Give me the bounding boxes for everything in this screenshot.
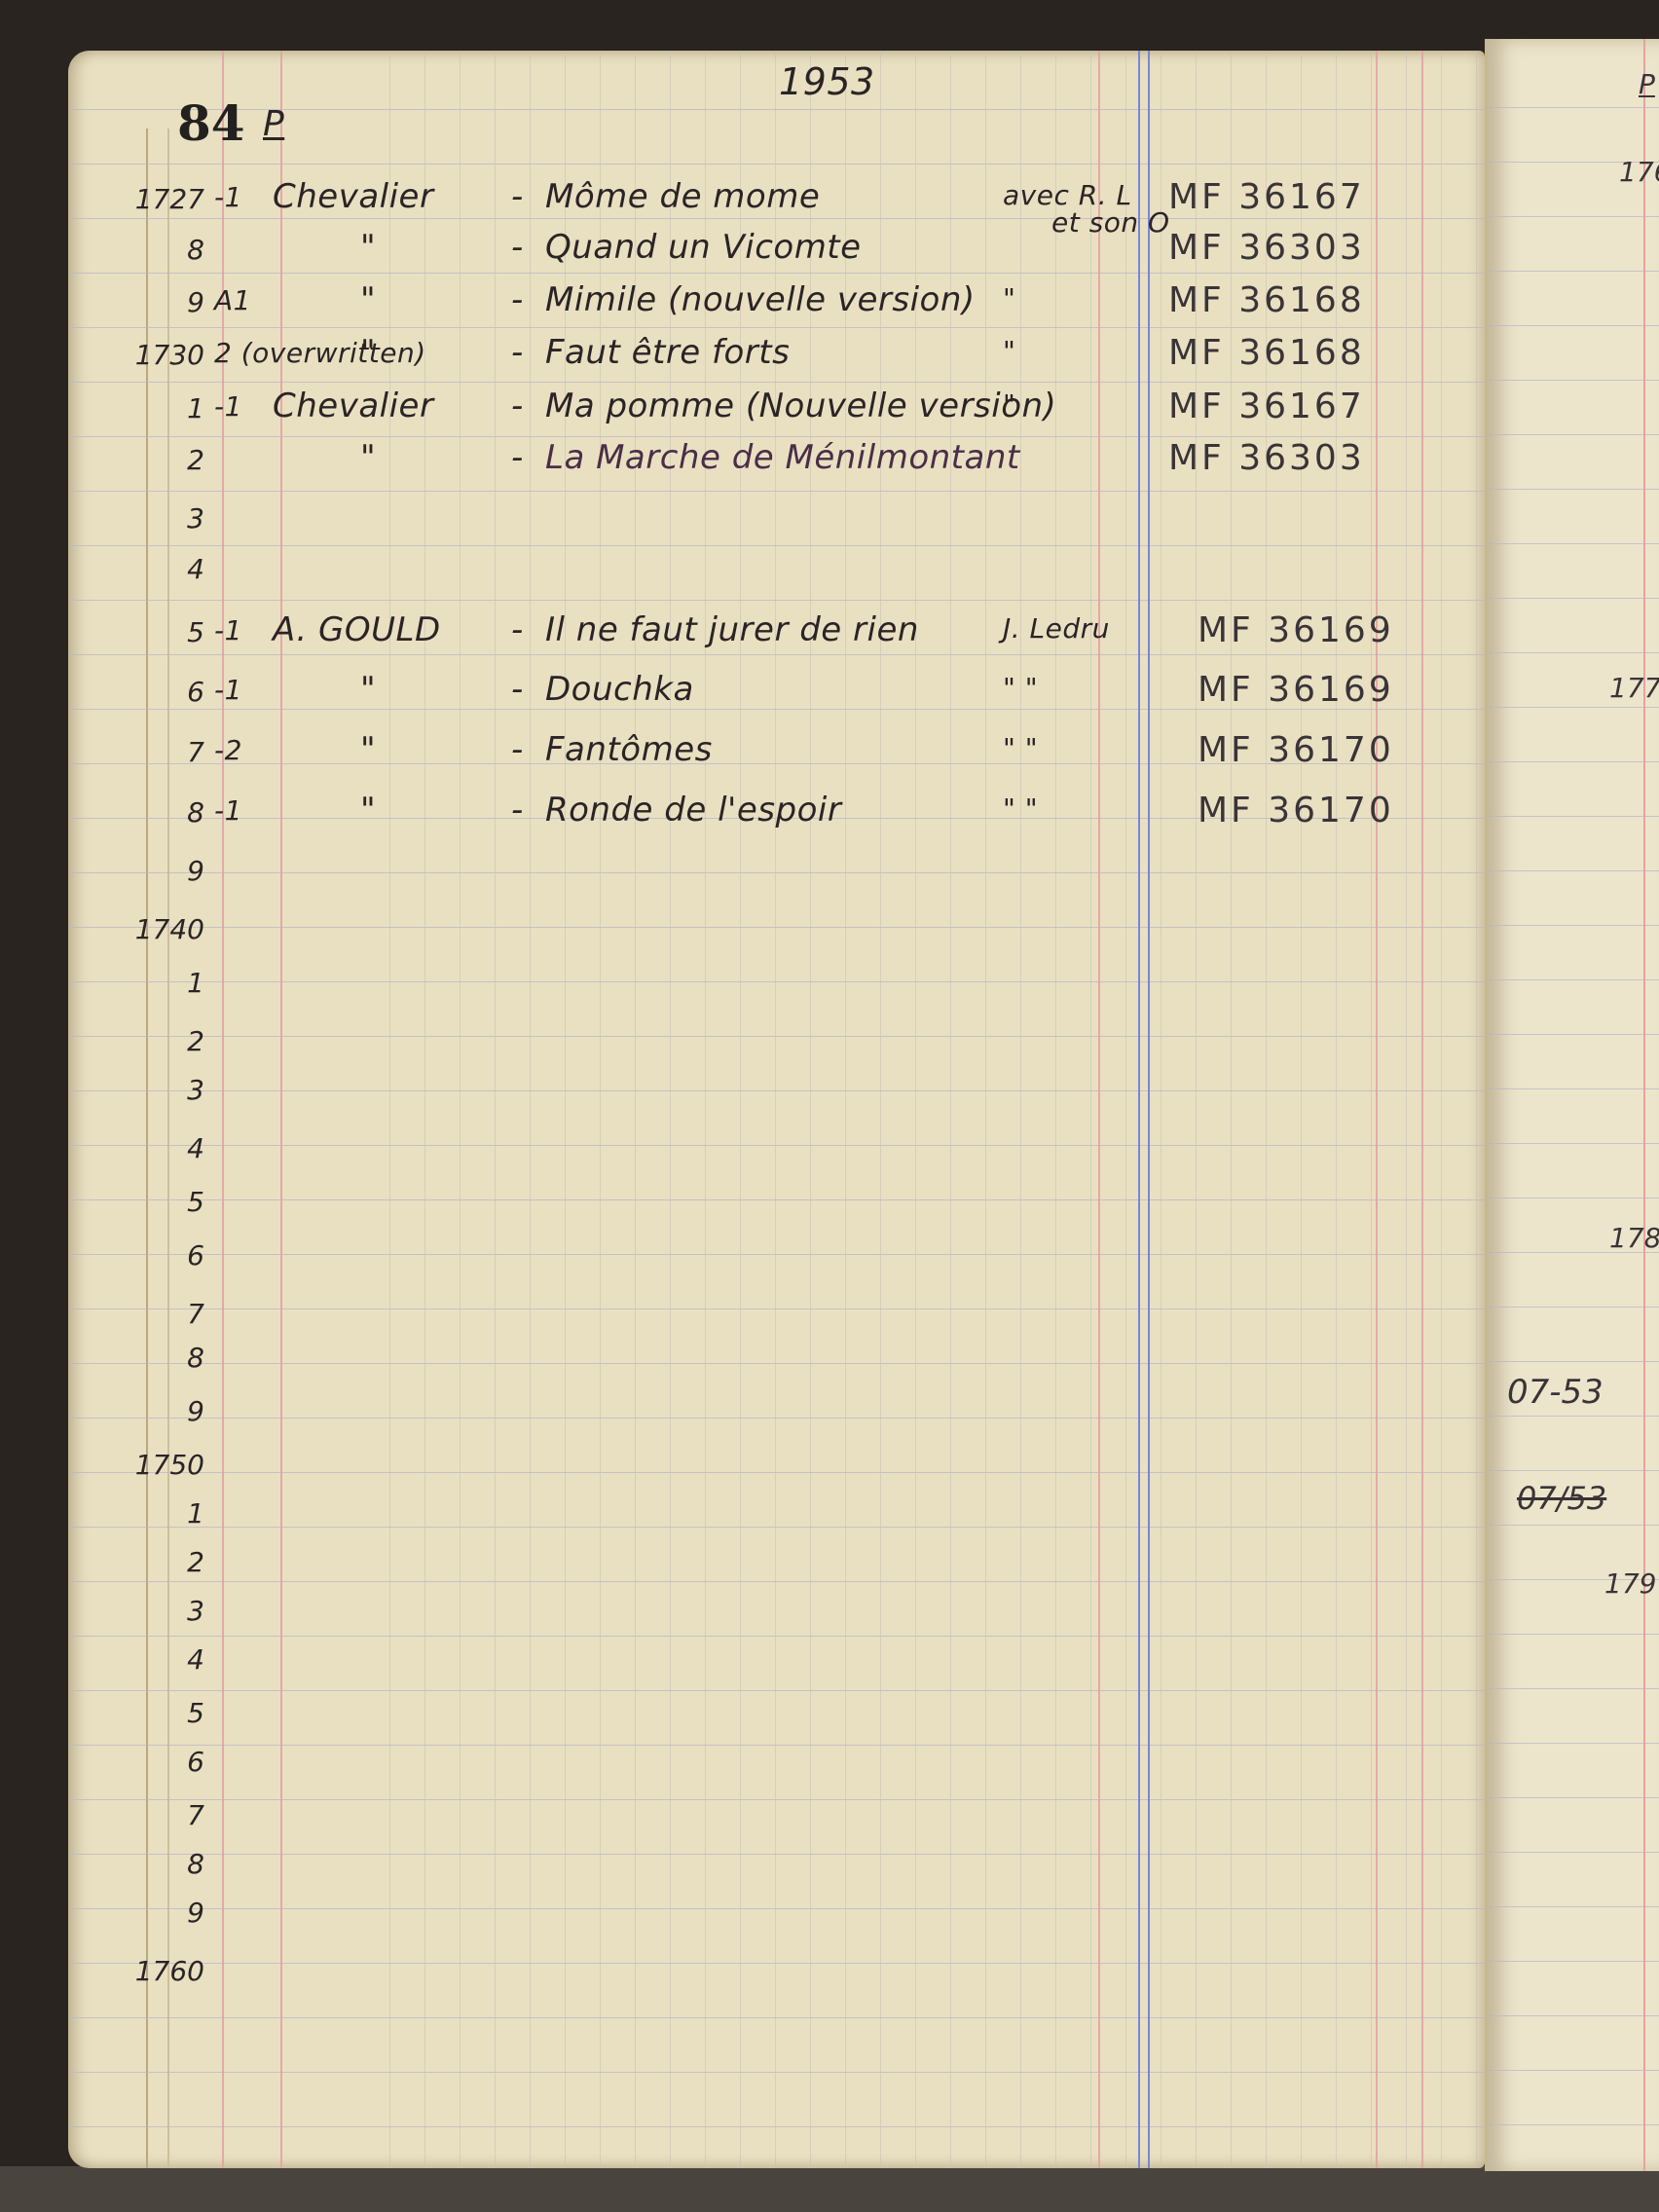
artist-name: " (360, 228, 376, 267)
ruled-line (1488, 271, 1659, 272)
right-page-margin-line (1643, 39, 1645, 2171)
catalog-reference: MF 36303 (1168, 228, 1365, 268)
ledger-right-page-edge: P 176 177 178 179 07-53 07/53 (1485, 39, 1659, 2171)
ruled-line (1488, 1034, 1659, 1035)
row-number: 1727 (68, 183, 204, 215)
red-margin-line (1421, 51, 1423, 2168)
separator-dash: - (511, 387, 524, 425)
ruled-line (1488, 1961, 1659, 1962)
grid-line (1125, 51, 1126, 2168)
row-number: 2 (68, 444, 204, 476)
row-number: 7 (68, 736, 204, 768)
ruled-line (1488, 1470, 1659, 1471)
row-number: 3 (68, 1074, 204, 1106)
take-number: A1 (214, 284, 251, 316)
grid-line (915, 51, 916, 2168)
grid-line (1441, 51, 1442, 2168)
grid-line (1055, 51, 1056, 2168)
ruled-line (1488, 543, 1659, 544)
row-number: 4 (68, 1132, 204, 1164)
song-title: Quand un Vicomte (545, 228, 862, 267)
row-number: 9 (68, 1897, 204, 1929)
ruled-line (1488, 1198, 1659, 1198)
composer-credit: " " (1003, 732, 1038, 764)
row-number: 5 (68, 1186, 204, 1218)
song-title: Douchka (545, 670, 694, 709)
row-number: 8 (68, 1342, 204, 1374)
ruled-line (1488, 1634, 1659, 1635)
artist-name: " (360, 670, 376, 709)
ruled-line (1488, 1361, 1659, 1362)
catalog-reference: MF 36170 (1198, 791, 1394, 830)
artist-name: " (360, 438, 376, 477)
row-number: 6 (68, 676, 204, 708)
ruled-line (1488, 1143, 1659, 1144)
row-number: 1 (68, 967, 204, 999)
grid-line (985, 51, 986, 2168)
ruled-line (1488, 325, 1659, 326)
grid-line (495, 51, 496, 2168)
separator-dash: - (511, 730, 524, 769)
row-number: 1 (68, 1497, 204, 1530)
ruled-line (1488, 2070, 1659, 2071)
row-number: 9 (68, 1395, 204, 1427)
ruled-line (1488, 216, 1659, 217)
ruled-line (1488, 2124, 1659, 2125)
composer-credit: " " (1003, 672, 1038, 704)
ruled-line (1488, 1088, 1659, 1089)
artist-name: " (360, 791, 376, 829)
grid-line (1161, 51, 1161, 2168)
ruled-line (1488, 107, 1659, 108)
composer-credit: " (1003, 282, 1015, 314)
right-row-label: 177 (1609, 672, 1659, 704)
grid-line (460, 51, 461, 2168)
page-mark: P (263, 104, 284, 144)
row-number: 8 (68, 234, 204, 266)
artist-name: A. GOULD (273, 610, 441, 649)
take-number: -1 (214, 614, 242, 646)
separator-dash: - (511, 228, 524, 267)
red-margin-line (1376, 51, 1378, 2168)
separator-dash: - (511, 333, 524, 372)
ruled-line (1488, 652, 1659, 653)
separator-dash: - (511, 177, 524, 216)
ruled-line (1488, 1906, 1659, 1907)
take-number: -1 (214, 390, 242, 423)
row-number: 3 (68, 1595, 204, 1627)
row-number: 8 (68, 796, 204, 829)
separator-dash: - (511, 610, 524, 649)
separator-dash: - (511, 791, 524, 829)
row-number: 5 (68, 616, 204, 648)
ruled-line (1488, 489, 1659, 490)
grid-line (950, 51, 951, 2168)
grid-line (1090, 51, 1091, 2168)
catalog-reference: MF 36167 (1168, 387, 1365, 426)
song-title: La Marche de Ménilmontant (545, 438, 1020, 477)
catalog-reference: MF 36169 (1198, 670, 1394, 710)
row-number: 3 (68, 502, 204, 535)
separator-dash: - (511, 280, 524, 319)
grid-line (1476, 51, 1477, 2168)
artist-name: " (360, 280, 376, 319)
grid-line (880, 51, 881, 2168)
blue-column-line (1148, 51, 1150, 2168)
ruled-line (1488, 598, 1659, 599)
song-title: Môme de mome (545, 177, 820, 216)
row-number: 7 (68, 1298, 204, 1330)
right-margin-note-struck: 07/53 (1517, 1480, 1606, 1517)
row-number: 8 (68, 1848, 204, 1880)
ruled-line (1488, 1416, 1659, 1417)
ruled-line (1488, 870, 1659, 871)
row-number: 1 (68, 392, 204, 424)
take-number: -1 (214, 674, 242, 706)
ledger-left-page: 84 P 1953 1727-1Chevalier-Môme de momeav… (68, 51, 1485, 2168)
ruled-line (1488, 1307, 1659, 1308)
ruled-line (1488, 1743, 1659, 1744)
artist-name: " (360, 730, 376, 769)
ruled-line (1488, 707, 1659, 708)
artist-name: Chevalier (273, 387, 433, 425)
song-title: Il ne faut jurer de rien (545, 610, 919, 649)
desk-surface (0, 2166, 1659, 2212)
grid-line (1371, 51, 1372, 2168)
row-number: 1740 (68, 913, 204, 945)
take-number: -1 (214, 181, 242, 213)
ruled-line (1488, 1688, 1659, 1689)
blue-column-line (1138, 51, 1140, 2168)
composer-credit: J. Ledru (1003, 612, 1110, 645)
row-number: 4 (68, 1643, 204, 1676)
grid-line (1020, 51, 1021, 2168)
ruled-line (1488, 925, 1659, 926)
right-row-label: 178 (1609, 1222, 1659, 1254)
row-number: 7 (68, 1799, 204, 1831)
song-title: Mimile (nouvelle version) (545, 280, 976, 319)
row-number: 5 (68, 1697, 204, 1729)
song-title: Ronde de l'espoir (545, 791, 841, 829)
row-number: 1750 (68, 1449, 204, 1481)
artist-name: " (360, 333, 376, 372)
ruled-line (1488, 1525, 1659, 1526)
row-number: 2 (68, 1546, 204, 1578)
take-number: 2 (overwritten) (214, 337, 426, 369)
right-margin-note: 07-53 (1507, 1373, 1604, 1412)
catalog-reference: MF 36170 (1198, 730, 1394, 770)
take-number: -1 (214, 794, 242, 827)
right-page-mark: P (1639, 68, 1655, 100)
artist-name: Chevalier (273, 177, 433, 216)
separator-dash: - (511, 670, 524, 709)
grid-line (530, 51, 531, 2168)
grid-line (810, 51, 811, 2168)
row-number: 6 (68, 1746, 204, 1778)
catalog-reference: MF 36168 (1168, 333, 1365, 373)
ruled-line (1488, 979, 1659, 980)
row-number: 6 (68, 1239, 204, 1272)
ruled-line (1488, 380, 1659, 381)
catalog-reference: MF 36169 (1198, 610, 1394, 650)
grid-line (1406, 51, 1407, 2168)
ruled-line (1488, 2015, 1659, 2016)
catalog-reference: MF 36167 (1168, 177, 1365, 217)
right-row-label: 179 (1604, 1567, 1656, 1600)
ruled-line (1488, 1852, 1659, 1853)
composer-credit: " (1003, 335, 1015, 367)
composer-note: et son O (1051, 206, 1170, 239)
song-title: Ma pomme (Nouvelle version) (545, 387, 1056, 425)
catalog-reference: MF 36168 (1168, 280, 1365, 320)
separator-dash: - (511, 438, 524, 477)
ruled-line (1488, 434, 1659, 435)
song-title: Faut être forts (545, 333, 790, 372)
composer-credit: " (1003, 388, 1015, 421)
song-title: Fantômes (545, 730, 713, 769)
take-number: -2 (214, 734, 242, 766)
row-number: 1760 (68, 1955, 204, 1987)
ruled-line (1488, 816, 1659, 817)
row-number: 1730 (68, 339, 204, 371)
page-number: 84 (177, 94, 245, 152)
row-number: 9 (68, 855, 204, 887)
year: 1953 (779, 60, 875, 103)
ruled-line (1488, 761, 1659, 762)
composer-credit: " " (1003, 793, 1038, 825)
grid-line (845, 51, 846, 2168)
ruled-line (1488, 1797, 1659, 1798)
row-number: 2 (68, 1025, 204, 1057)
red-margin-line (1098, 51, 1100, 2168)
catalog-reference: MF 36303 (1168, 438, 1365, 478)
row-number: 4 (68, 553, 204, 585)
right-row-label: 176 (1619, 156, 1659, 188)
row-number: 9 (68, 286, 204, 318)
